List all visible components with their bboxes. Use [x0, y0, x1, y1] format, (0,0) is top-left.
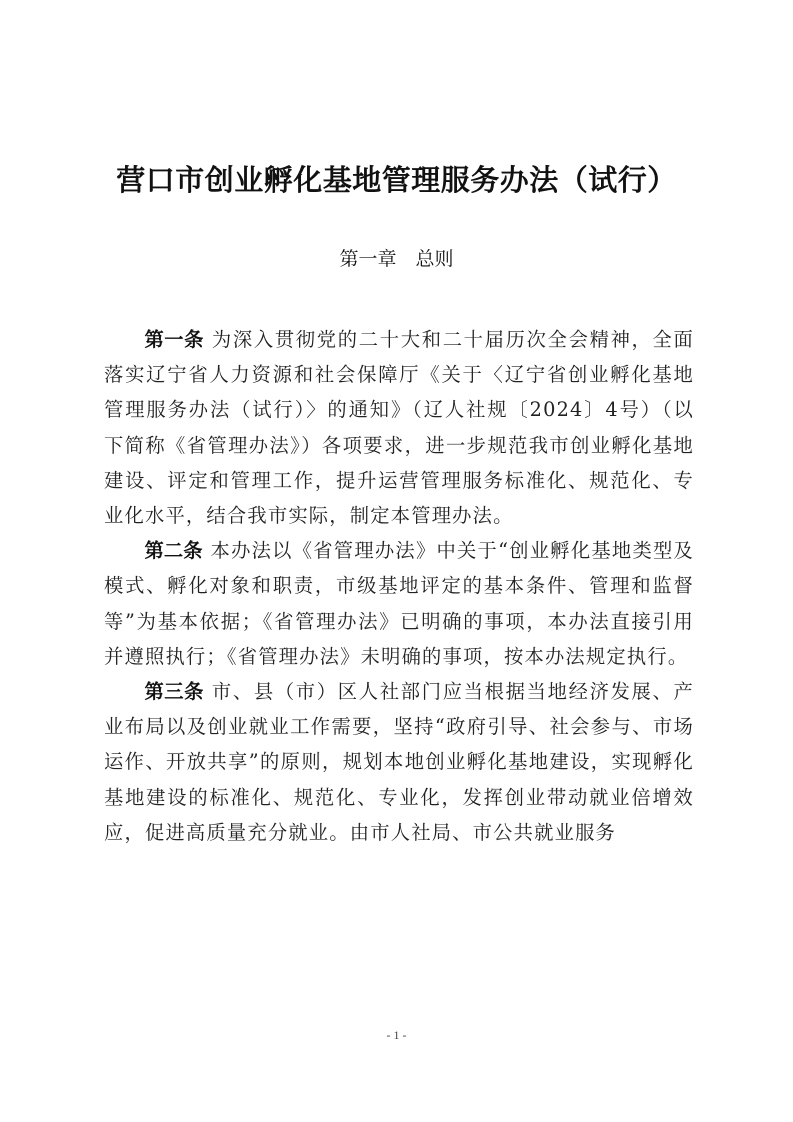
document-page: 营口市创业孵化基地管理服务办法（试行） 第一章 总则 第一条为深入贯彻党的二十大…	[0, 0, 793, 1122]
article-1: 第一条为深入贯彻党的二十大和二十届历次全会精神，全面落实辽宁省人力资源和社会保障…	[104, 322, 694, 533]
document-title: 营口市创业孵化基地管理服务办法（试行）	[0, 158, 793, 199]
article-label: 第三条	[145, 680, 204, 703]
article-3: 第三条市、县（市）区人社部门应当根据当地经济发展、产业布局以及创业就业工作需要，…	[104, 674, 694, 850]
article-text: 为深入贯彻党的二十大和二十届历次全会精神，全面落实辽宁省人力资源和社会保障厅《关…	[104, 328, 694, 527]
article-label: 第二条	[145, 539, 203, 562]
document-body: 第一条为深入贯彻党的二十大和二十届历次全会精神，全面落实辽宁省人力资源和社会保障…	[104, 322, 694, 850]
article-text: 市、县（市）区人社部门应当根据当地经济发展、产业布局以及创业就业工作需要，坚持“…	[104, 680, 694, 844]
chapter-heading: 第一章 总则	[0, 244, 793, 271]
page-number: - 1 -	[0, 1028, 793, 1043]
article-2: 第二条本办法以《省管理办法》中关于“创业孵化基地类型及模式、孵化对象和职责，市级…	[104, 533, 694, 674]
article-label: 第一条	[145, 328, 204, 351]
